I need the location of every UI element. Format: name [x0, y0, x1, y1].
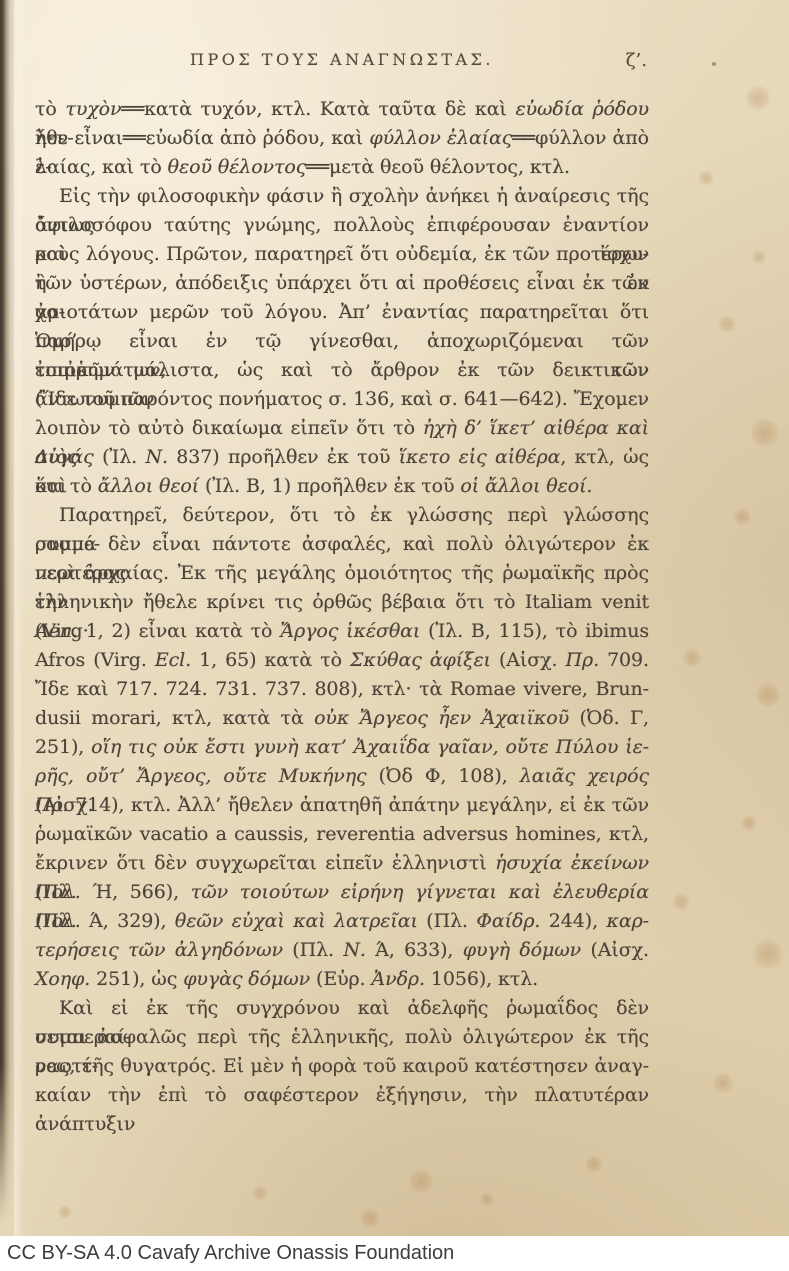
foxing-spot: [741, 815, 757, 831]
text-line: λεν εἶναι══εὐωδία ἀπὸ ῥόδου, καὶ φύλλον …: [35, 124, 649, 153]
text-line: ἀφιλοσόφου ταύτης γνώμης, πολλοὺς ἐπιφέρ…: [35, 211, 649, 240]
foxing-spot: [682, 648, 702, 668]
foxing-spot: [745, 85, 771, 111]
text-line: Ἴδε καὶ 717. 724. 731. 737. 808), κτλ· τ…: [35, 675, 649, 704]
foxing-spot: [252, 1185, 268, 1201]
foxing-spot: [755, 682, 781, 708]
text-line: λοιπὸν τὸ αὐτὸ δικαίωμα εἰπεῖν ὅτι τὸ ἠχ…: [35, 414, 649, 443]
text-line: ὅτι τὸ ἄλλοι θεοί (Ἰλ. Β, 1) προῆλθεν ἐκ…: [35, 472, 649, 501]
text-line: ροὺς λόγους. Πρῶτον, παρατηρεῖ ὅτι οὐδεμ…: [35, 240, 649, 269]
text-line: dusii morari, κτλ, κατὰ τὰ οὐκ Ἄργεος ἦε…: [35, 704, 649, 733]
paragraph: Παρατηρεῖ, δεύτερον, ὅτι τὸ ἐκ γλώσσης π…: [35, 501, 649, 994]
text-line: ῥωμαϊκῶν vacatio a caussis, reverentia a…: [35, 820, 649, 849]
text-line: Afros (Virg. Ecl. 1, 65) κατὰ τὸ Σκύθας …: [35, 646, 649, 675]
text-line: ρας, τῆς θυγατρός. Εἰ μὲν ἡ φορὰ τοῦ και…: [35, 1052, 649, 1081]
foxing-spot: [672, 893, 690, 911]
text-line: ρῆς, οὔτ’ Ἄργεος, οὔτε Μυκήνης (Ὀδ Φ, 10…: [35, 762, 649, 791]
text-line: Καὶ εἰ ἐκ τῆς συγχρόνου καὶ ἀδελφῆς ῥωμα…: [35, 994, 649, 1023]
text-line: τὸ τυχὸν══κατὰ τυχόν, κτλ. Κατὰ ταῦτα δὲ…: [35, 95, 649, 124]
text-line: τοπικῶν μάλιστα, ὡς καὶ τὸ ἄρθρον ἐκ τῶν…: [35, 356, 649, 385]
text-line: ἔκρινεν ὅτι δὲν συγχωρεῖται εἰπεῖν ἑλλην…: [35, 849, 649, 878]
text-line: τῶν ὑστέρων, ἀπόδειξις ὑπάρχει ὅτι αἱ πρ…: [35, 269, 649, 298]
page-text: τὸ τυχὸν══κατὰ τυχόν, κτλ. Κατὰ ταῦτα δὲ…: [35, 95, 649, 1110]
paper-speck: [712, 62, 716, 66]
text-line: περὶ ἀρχαίας. Ἐκ τῆς μεγάλης ὁμοιότητος …: [35, 559, 649, 588]
text-line: Εἰς τὴν φιλοσοφικὴν φάσιν ἢ σχολὴν ἀνήκε…: [35, 182, 649, 211]
foxing-spot: [58, 1205, 72, 1219]
text-line: αὐγάς (Ἰλ. Ν. 837) προῆλθεν ἐκ τοῦ ἵκετο…: [35, 443, 649, 472]
text-line: Πολ. Ά, 329), θεῶν εὐχαὶ καὶ λατρεῖαι (Π…: [35, 907, 649, 936]
text-line: ρασμα δὲν εἶναι πάντοτε ἀσφαλές, καὶ πολ…: [35, 530, 649, 559]
page-edge-highlight: [14, 0, 24, 1236]
text-line: νεται ἀσφαλῶς περὶ τῆς ἑλληνικῆς, πολὺ ὀ…: [35, 1023, 649, 1052]
text-line: ἑλληνικὴν ἤθελε κρίνει τις ὀρθῶς βέβαια …: [35, 588, 649, 617]
page-number: ζ’.: [626, 50, 647, 71]
paragraph: Καὶ εἰ ἐκ τῆς συγχρόνου καὶ ἀδελφῆς ῥωμα…: [35, 994, 649, 1110]
text-line: Aen. 1, 2) εἶναι κατὰ τὸ Ἄργος ἱκέσθαι (…: [35, 617, 649, 646]
foxing-spot: [733, 508, 751, 526]
text-line: καίαν τὴν ἐπὶ τὸ σαφέστερον ἐξήγησιν, τὴ…: [35, 1081, 649, 1110]
foxing-spot: [480, 1192, 494, 1206]
text-line: Παρατηρεῖ, δεύτερον, ὅτι τὸ ἐκ γλώσσης π…: [35, 501, 649, 530]
paragraph: Εἰς τὴν φιλοσοφικὴν φάσιν ἢ σχολὴν ἀνήκε…: [35, 182, 649, 501]
text-line: Ὁμήρῳ εἶναι ἐν τῷ γίνεσθαι, ἀποχωριζόμεν…: [35, 327, 649, 356]
text-line: λαίας, καὶ τὸ θεοῦ θέλοντος══μετὰ θεοῦ θ…: [35, 153, 649, 182]
screenshot-root: ΠΡΟΣ ΤΟΥΣ ΑΝΑΓΝΩΣΤΑΣ. ζ’. τὸ τυχὸν══κατὰ…: [0, 0, 789, 1271]
foxing-spot: [750, 418, 780, 448]
text-line: τερήσεις τῶν ἀλγηδόνων (Πλ. Ν. Ά, 633), …: [35, 936, 649, 965]
license-text: CC BY-SA 4.0 Cavafy Archive Onassis Foun…: [0, 1236, 789, 1271]
page-header-row: ΠΡΟΣ ΤΟΥΣ ΑΝΑΓΝΩΣΤΑΣ. ζ’.: [35, 50, 649, 78]
text-line: Πρ. 714), κτλ. Ἀλλ’ ἤθελεν ἀπατηθῆ ἀπάτη…: [35, 791, 649, 820]
foxing-spot: [718, 315, 736, 333]
text-line: χαιοτάτων μερῶν τοῦ λόγου. Ἀπ’ ἐναντίας …: [35, 298, 649, 327]
text-line: Χοηφ. 251), ὡς φυγὰς δόμων (Εὐρ. Ἀνδρ. 1…: [35, 965, 649, 994]
foxing-spot: [752, 250, 766, 264]
text-line: 251), οἵη τις οὐκ ἔστι γυνὴ κατ’ Ἀχαιΐδα…: [35, 733, 649, 762]
text-line: (Ἴδε τοῦ παρόντος πονήματος σ. 136, καὶ …: [35, 385, 649, 414]
text-line: Πολ. Ή, 566), τῶν τοιούτων εἰρήνη γίγνετ…: [35, 878, 649, 907]
paragraph: τὸ τυχὸν══κατὰ τυχόν, κτλ. Κατὰ ταῦτα δὲ…: [35, 95, 649, 182]
foxing-spot: [752, 938, 784, 970]
foxing-spot: [408, 1168, 434, 1194]
book-page-scan: ΠΡΟΣ ΤΟΥΣ ΑΝΑΓΝΩΣΤΑΣ. ζ’. τὸ τυχὸν══κατὰ…: [0, 0, 789, 1236]
foxing-spot: [712, 1072, 734, 1094]
page-header-title: ΠΡΟΣ ΤΟΥΣ ΑΝΑΓΝΩΣΤΑΣ.: [35, 50, 649, 69]
foxing-spot: [360, 1208, 380, 1228]
foxing-spot: [698, 170, 714, 186]
license-bar: CC BY-SA 4.0 Cavafy Archive Onassis Foun…: [0, 1236, 789, 1271]
foxing-spot: [585, 1155, 603, 1173]
